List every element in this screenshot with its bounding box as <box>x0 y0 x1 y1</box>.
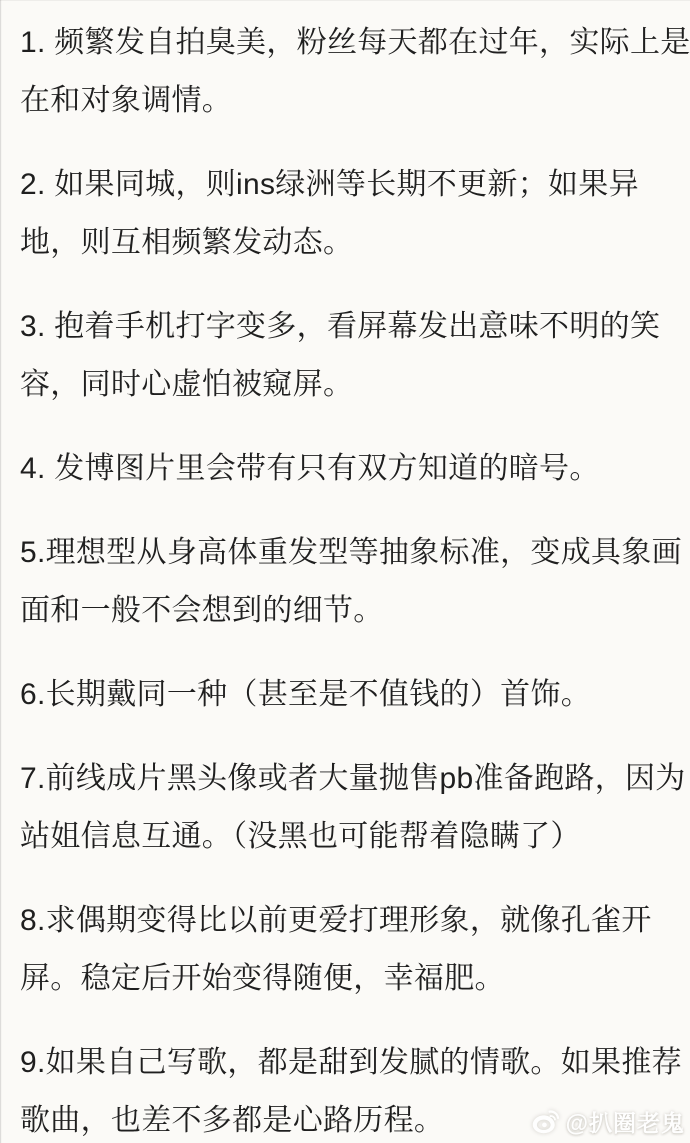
list-item-7: 7.前线成片黑头像或者大量抛售pb准备跑路，因为 站姐信息互通。（没黑也可能帮着… <box>20 750 680 866</box>
weibo-watermark: @扒圈老鬼 <box>531 1105 685 1138</box>
watermark-username: @扒圈老鬼 <box>566 1105 685 1138</box>
post-text-image: 1. 频繁发自拍臭美，粉丝每天都在过年，实际上是 在和对象调情。 2. 如果同城… <box>0 0 690 1143</box>
list-item-1: 1. 频繁发自拍臭美，粉丝每天都在过年，实际上是 在和对象调情。 <box>20 14 680 130</box>
list-item-4: 4. 发博图片里会带有只有双方知道的暗号。 <box>20 440 680 498</box>
list-item-5: 5.理想型从身高体重发型等抽象标准，变成具象画 面和一般不会想到的细节。 <box>20 524 680 640</box>
list-item-6: 6.长期戴同一种（甚至是不值钱的）首饰。 <box>20 666 680 724</box>
weibo-logo-icon <box>531 1108 561 1135</box>
list-item-3: 3. 抱着手机打字变多，看屏幕发出意味不明的笑 容，同时心虚怕被窥屏。 <box>20 298 680 414</box>
list-item-8: 8.求偶期变得比以前更爱打理形象，就像孔雀开 屏。稳定后开始变得随便，幸福肥。 <box>20 892 680 1008</box>
list-item-2: 2. 如果同城，则ins绿洲等长期不更新；如果异 地，则互相频繁发动态。 <box>20 156 680 272</box>
